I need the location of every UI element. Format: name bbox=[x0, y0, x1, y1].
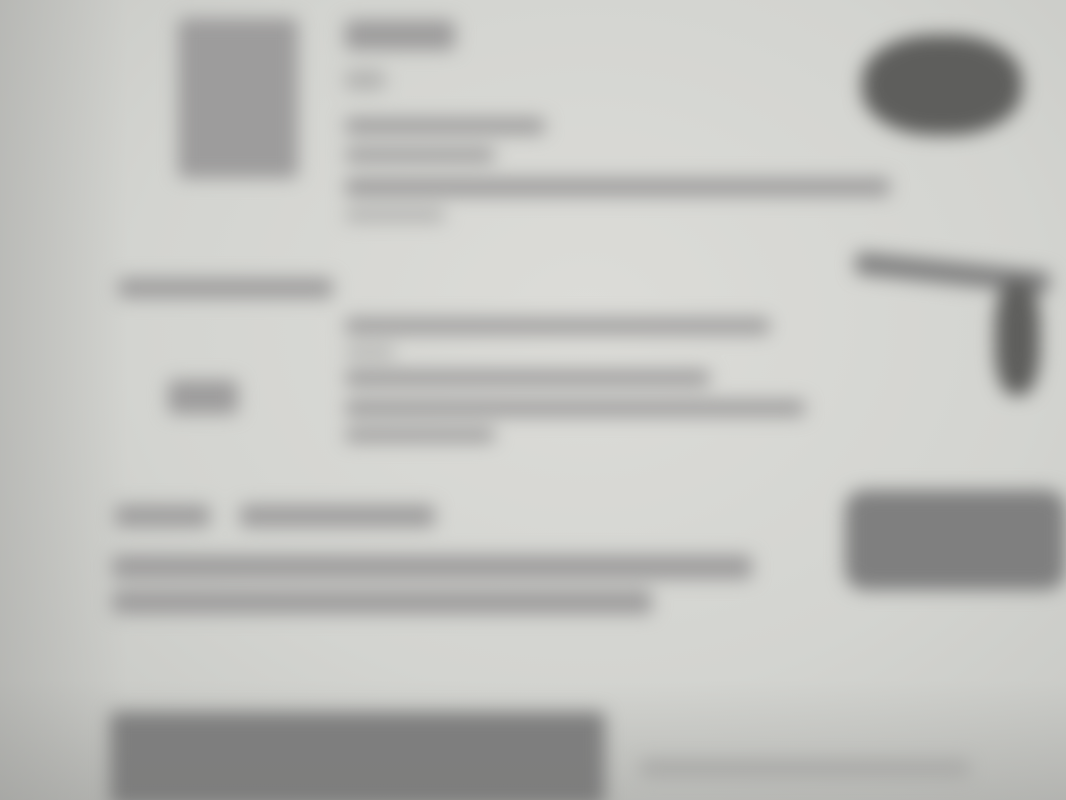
bottom-text-line bbox=[640, 760, 970, 776]
lower-heading-bar bbox=[240, 505, 435, 527]
top-label-block bbox=[178, 18, 298, 178]
middle-text-line bbox=[345, 370, 710, 386]
top-text-line bbox=[345, 118, 545, 134]
middle-text-line bbox=[345, 400, 805, 416]
bottom-body: [illegible] bbox=[0, 0, 1, 1]
lower-heading: [illegible] bbox=[0, 0, 1, 1]
banded-graphic bbox=[845, 490, 1066, 590]
middle-text-line bbox=[345, 346, 395, 358]
bottom-heading: [illegible] bbox=[0, 0, 1, 1]
middle-heading-bar bbox=[118, 278, 333, 298]
middle-label-bar bbox=[168, 380, 238, 414]
lower-heading-bar bbox=[115, 505, 210, 527]
middle-text-line bbox=[345, 428, 495, 442]
document-page: [illegible] [illegible] [illegible] [ill… bbox=[0, 0, 1066, 800]
lower-text-line bbox=[112, 555, 752, 579]
middle-text-line bbox=[345, 318, 770, 334]
top-text-line bbox=[345, 178, 890, 196]
lower-body: [illegible] bbox=[0, 0, 1, 1]
middle-body: [illegible] bbox=[0, 0, 1, 1]
top-body-text: [illegible] bbox=[0, 0, 1, 1]
top-labels-text: [illegible] bbox=[0, 0, 1, 1]
bottom-heading-bar bbox=[110, 712, 605, 800]
top-text-line bbox=[345, 208, 445, 222]
logo-graphic bbox=[862, 35, 1022, 135]
top-text-line bbox=[345, 20, 455, 50]
lower-text-line bbox=[112, 590, 652, 614]
hook-graphic-tail bbox=[995, 280, 1040, 395]
top-text-line bbox=[345, 148, 495, 162]
top-text-line bbox=[345, 70, 385, 90]
middle-heading: [illegible] bbox=[0, 0, 1, 1]
